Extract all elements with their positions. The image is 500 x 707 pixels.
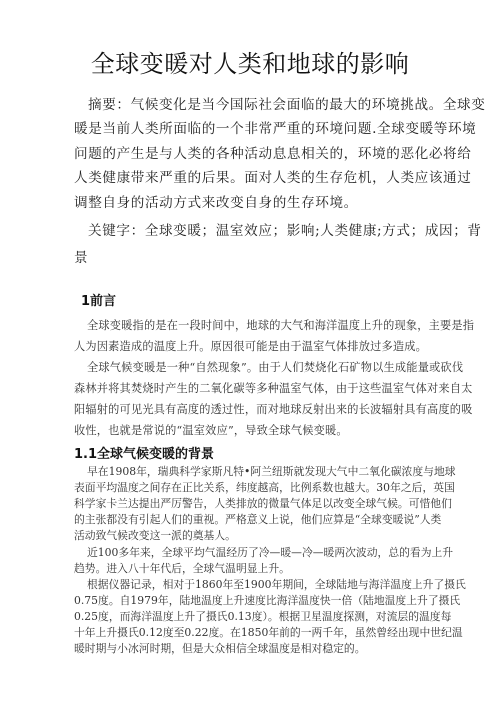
abstract-line: 问题的产生是与人类的各种活动息息相关的，环境的恶化必将给 (74, 145, 471, 163)
document-page: 全球变暖对人类和地球的影响 摘要：气候变化是当今国际社会面临的最大的环境挑战。全… (0, 0, 500, 707)
paragraph-line: 0.75度。自1979年，陆地温度上升速度比海洋温度快一倍（陆地温度上升了摄氏 (74, 594, 460, 608)
document-title: 全球变暖对人类和地球的影响 (0, 49, 500, 79)
paragraph-line: 收性，也就是常说的“温室效应”，导致全球气候变暖。 (74, 423, 348, 439)
paragraph-line: 0.25度，而海洋温度上升了摄氏0.13度）。根据卫星温度探测，对流层的温度每 (74, 610, 451, 624)
abstract-line: 摘要：气候变化是当今国际社会面临的最大的环境挑战。全球变 (88, 96, 485, 114)
paragraph-line: 的主张都没有引起人们的重视。严格意义上说，他们应算是“全球变暖说”人类 (74, 513, 441, 527)
keywords-line: 关键字：全球变暖；温室效应；影响;人类健康;方式；成因；背 (88, 222, 482, 240)
paragraph-line: 全球气候变暖是一种“自然现象”。由于人们焚烧化石矿物以生成能量或砍伐 (87, 360, 463, 376)
paragraph-line: 早在1908年，瑞典科学家斯凡特•阿兰纽斯就发现大气中二氧化碳浓度与地球 (87, 465, 456, 479)
abstract-line: 人类健康带来严重的后果。面对人类的生存危机，人类应该通过 (74, 169, 471, 187)
paragraph-line: 暖时期与小冰河时期，但是大众相信全球温度是相对稳定的。 (74, 642, 366, 656)
keywords-line: 景 (74, 249, 88, 267)
paragraph-line: 趋势。进入八十年代后，全球气温明显上升。 (74, 562, 290, 576)
paragraph-line: 全球变暖指的是在一段时间中，地球的大气和海洋温度上升的现象，主要是指 (87, 318, 474, 334)
paragraph-line: 活动致气候改变这一派的奠基人。 (74, 529, 236, 543)
paragraph-line: 阳辐射的可见光具有高度的透过性，而对地球反射出来的长波辐射具有高度的吸 (74, 402, 473, 418)
paragraph-line: 科学家卡兰达提出严厉警告，人类排放的微量气体足以改变全球气候。可惜他们 (74, 497, 452, 511)
abstract-line: 调整自身的活动方式来改变自身的生存环境。 (74, 194, 358, 212)
section-heading: 1前言 (81, 290, 116, 309)
paragraph-line: 表面平均温度之间存在正比关系，纬度越高，比例系数也越大。30年之后，英国 (74, 481, 455, 495)
paragraph-line: 根据仪器记录，相对于1860年至1900年期间，全球陆地与海洋温度上升了摄氏 (87, 578, 466, 592)
subsection-heading: 1.1全球气候变暖的背景 (74, 443, 214, 462)
paragraph-line: 人为因素造成的温度上升。原因很可能是由于温室气体排放过多造成。 (74, 339, 427, 355)
abstract-line: 暖是当前人类所面临的一个非常严重的环境问题.全球变暖等环境 (74, 120, 476, 138)
paragraph-line: 森林并将其焚烧时产生的二氧化碳等多种温室气体，由于这些温室气体对来自太 (74, 381, 473, 397)
paragraph-line: 近100多年来，全球平均气温经历了冷—暖—冷—暖两次波动，总的看为上升 (87, 546, 453, 560)
paragraph-line: 十年上升摄氏0.12度至0.22度。在1850年前的一两千年，虽然曾经出现中世纪… (74, 626, 463, 640)
